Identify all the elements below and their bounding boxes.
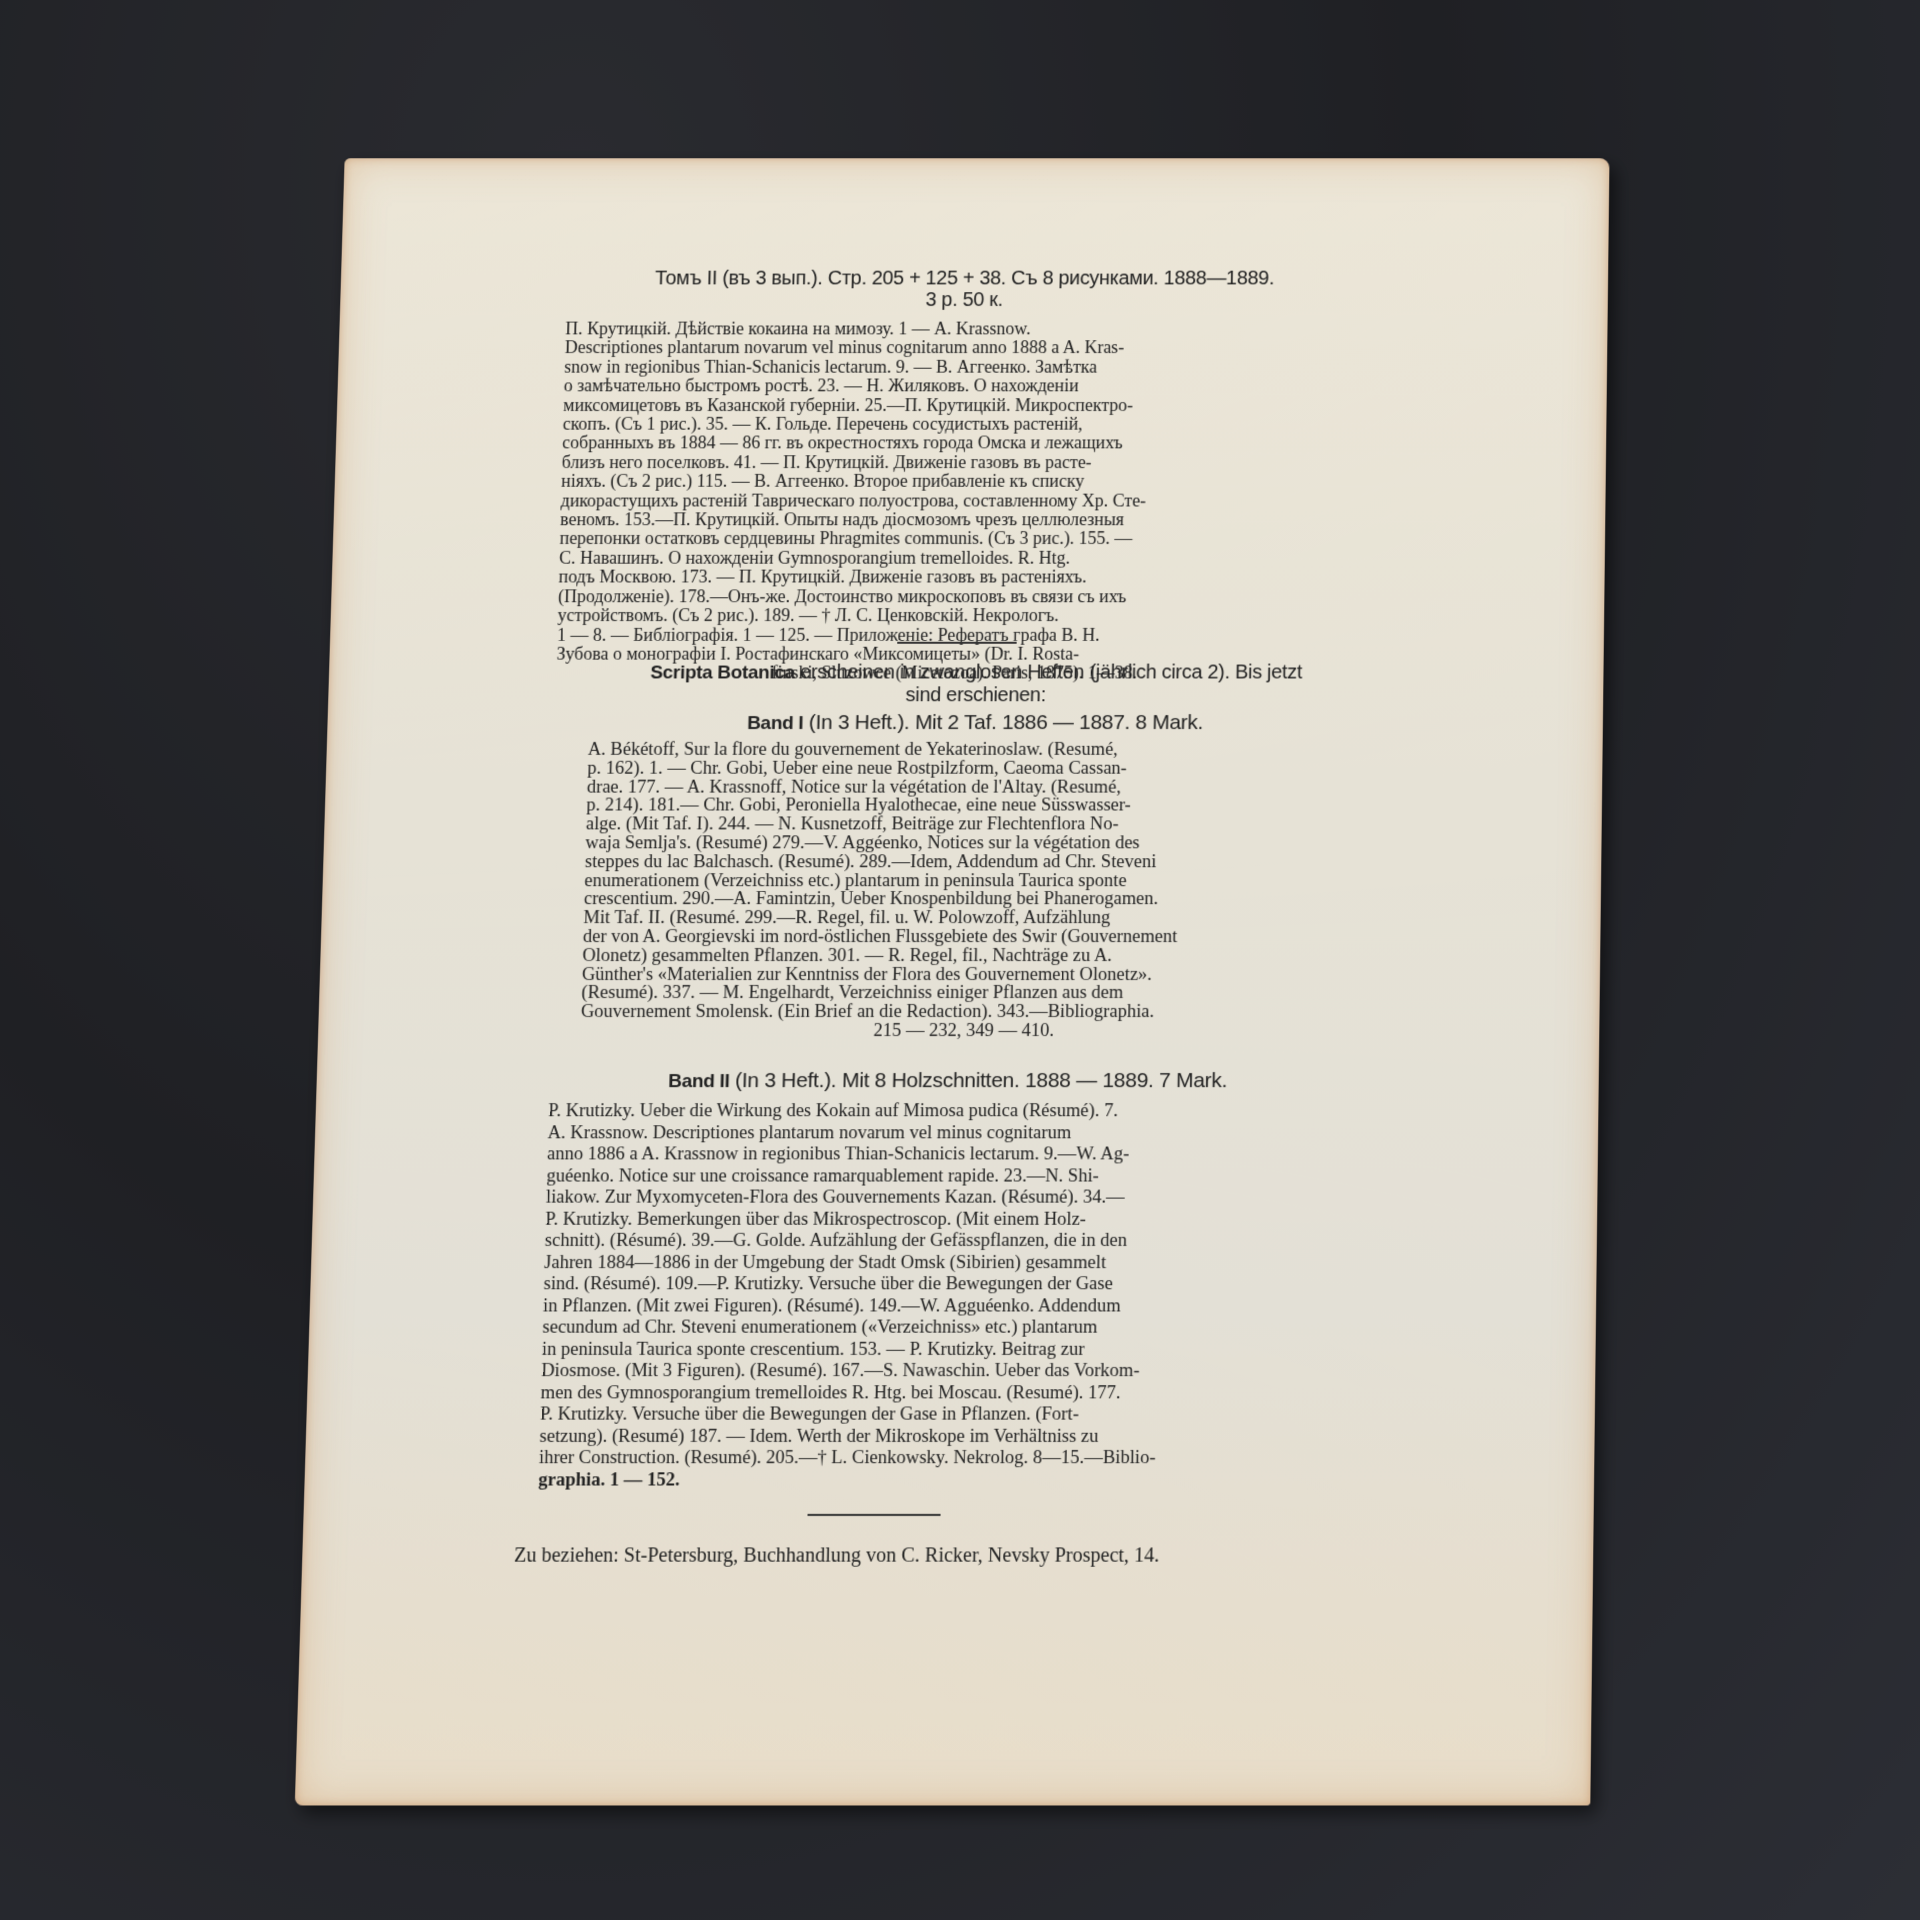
band1-label: Band I: [747, 713, 804, 734]
section-divider: [807, 1514, 940, 1516]
band2-contents: P. Krutizky. Ueber die Wirkung des Kokai…: [538, 1101, 1360, 1491]
band2-heading: Band II (In 3 Heft.). Mit 8 Holzschnitte…: [517, 1070, 1379, 1093]
text-line: alge. (Mit Taf. I). 244. — N. Kusnetzoff…: [586, 816, 1351, 835]
tom-heading: Томъ II (въ 3 вып.). Стр. 205 + 125 + 38…: [528, 268, 1400, 311]
text-line: Gouvernement Smolensk. (Ein Brief an die…: [581, 1003, 1348, 1022]
text-line: Descriptiones plantarum novarum vel minu…: [565, 339, 1358, 358]
text-line: crescentium. 290.—A. Famintzin, Ueber Kn…: [584, 891, 1350, 910]
text-line: подъ Москвою. 173. — П. Крутицкій. Движе…: [558, 568, 1354, 587]
text-line: Diosmose. (Mit 3 Figuren). (Resumé). 167…: [541, 1361, 1356, 1383]
text-line: enumerationem (Verzeichniss etc.) planta…: [584, 872, 1349, 891]
text-line: in Pflanzen. (Mit zwei Figuren). (Résumé…: [543, 1296, 1357, 1318]
text-line: (Продолженіе). 178.—Онъ-же. Достоинство …: [558, 587, 1354, 606]
text-line: 215 — 232, 349 — 410.: [580, 1022, 1347, 1041]
text-line: graphia. 1 — 152.: [538, 1470, 1354, 1492]
text-line: Jahren 1884—1886 in der Umgebung der Sta…: [544, 1252, 1358, 1274]
text-line: Olonetz) gesammelten Pflanzen. 301. — R.…: [582, 947, 1348, 966]
text-line: waja Semlja's. (Resumé) 279.—V. Aggéenko…: [585, 834, 1350, 853]
text-line: men des Gymnosporangium tremelloides R. …: [540, 1383, 1355, 1405]
text-line: setzung). (Resumé) 187. — Idem. Werth de…: [539, 1426, 1355, 1448]
footer-distributor: Zu beziehen: St-Petersburg, Buchhandlung…: [514, 1544, 1160, 1567]
text-line: веномъ. 153.—П. Крутицкій. Опыты надъ ді…: [560, 510, 1355, 529]
text-line: (Resumé). 337. — M. Engelhardt, Verzeich…: [581, 984, 1348, 1003]
text-line: миксомицетовъ въ Казанской губерніи. 25.…: [563, 396, 1357, 415]
text-line: steppes du lac Balchasch. (Resumé). 289.…: [585, 853, 1350, 872]
text-line: A. Békétoff, Sur la flore du gouvernemen…: [588, 741, 1352, 760]
text-line: скопъ. (Съ 1 рис.). 35. — К. Гольде. Пер…: [563, 415, 1357, 434]
text-line: Günther's «Materialien zur Kenntniss der…: [582, 966, 1348, 985]
scripta-intro-line1: Scripta Botanica erscheinen in zwanglose…: [548, 662, 1405, 685]
text-line: ніяхъ. (Съ 2 рис.) 115. — В. Аггеенко. В…: [561, 472, 1356, 491]
tom-heading-line2: 3 р. 50 к.: [528, 289, 1400, 311]
band1-heading-text: (In 3 Heft.). Mit 2 Taf. 1886 — 1887. 8 …: [803, 711, 1203, 734]
text-line: С. Навашинъ. О нахожденіи Gymnosporangiu…: [559, 549, 1355, 568]
text-line: о замѣчательно быстромъ ростѣ. 23. — Н. …: [564, 377, 1358, 396]
text-line: p. 162). 1. — Chr. Gobi, Ueber eine neue…: [587, 760, 1351, 779]
text-line: liakow. Zur Myxomyceten-Flora des Gouver…: [546, 1188, 1359, 1210]
text-line: anno 1886 a A. Krassnow in regionibus Th…: [547, 1144, 1360, 1166]
scripta-intro-line2: sind erschienen:: [547, 684, 1404, 706]
text-line: P. Krutizky. Versuche über die Bewegunge…: [540, 1404, 1356, 1426]
tom-contents: П. Крутицкій. Дѣйствіе кокаина на мимозу…: [556, 320, 1358, 683]
text-line: дикорастущихъ растеній Таврическаго полу…: [560, 491, 1355, 510]
text-line: близъ него поселковъ. 41. — П. Крутицкій…: [561, 453, 1355, 472]
text-line: P. Krutizky. Bemerkungen über das Mikros…: [545, 1209, 1358, 1231]
scripta-intro: Scripta Botanica erscheinen in zwanglose…: [547, 662, 1404, 707]
text-line: schnitt). (Résumé). 39.—G. Golde. Aufzäh…: [544, 1231, 1358, 1253]
text-line: guéenko. Notice sur une croissance ramar…: [546, 1166, 1359, 1188]
text-line: secundum ad Chr. Steveni enumerationem (…: [542, 1318, 1357, 1340]
text-line: перепонки остатковъ сердцевины Phragmite…: [559, 530, 1354, 549]
document-page: Томъ II (въ 3 вып.). Стр. 205 + 125 + 38…: [295, 158, 1610, 1805]
scripta-intro-text: erscheinen in zwanglosen Heften (jährlic…: [795, 662, 1303, 684]
band2-heading-text: (In 3 Heft.). Mit 8 Holzschnitten. 1888 …: [729, 1069, 1227, 1092]
text-line: sind. (Résumé). 109.—P. Krutizky. Versuc…: [543, 1274, 1357, 1296]
text-line: ihrer Construction. (Resumé). 205.—† L. …: [539, 1448, 1355, 1470]
text-line: устройствомъ. (Съ 2 рис.). 189. — † Л. С…: [557, 606, 1353, 625]
text-line: Mit Taf. II. (Resumé. 299.—R. Regel, fil…: [583, 909, 1349, 928]
text-line: собранныхъ въ 1884 — 86 гг. въ окрестнос…: [562, 434, 1356, 453]
band1-contents: A. Békétoff, Sur la flore du gouvernemen…: [580, 741, 1351, 1041]
text-line: p. 214). 181.— Chr. Gobi, Peroniella Hya…: [586, 797, 1351, 816]
scripta-title: Scripta Botanica: [650, 663, 795, 684]
text-line: der von A. Georgievski im nord-östlichen…: [583, 928, 1349, 947]
text-line: in peninsula Taurica sponte crescentium.…: [542, 1339, 1357, 1361]
section-divider: [897, 642, 1016, 644]
text-line: P. Krutizky. Ueber die Wirkung des Kokai…: [548, 1101, 1360, 1123]
tom-heading-line1: Томъ II (въ 3 вып.). Стр. 205 + 125 + 38…: [529, 268, 1401, 290]
text-line: П. Крутицкій. Дѣйствіе кокаина на мимозу…: [565, 320, 1358, 339]
band1-heading: Band I (In 3 Heft.). Mit 2 Taf. 1886 — 1…: [546, 712, 1403, 735]
text-line: A. Krassnow. Descriptiones plantarum nov…: [547, 1123, 1359, 1145]
text-line: snow in regionibus Thian-Schanicis lecta…: [564, 358, 1357, 377]
text-line: drae. 177. — A. Krassnoff, Notice sur la…: [587, 778, 1351, 797]
band2-label: Band II: [668, 1071, 730, 1092]
